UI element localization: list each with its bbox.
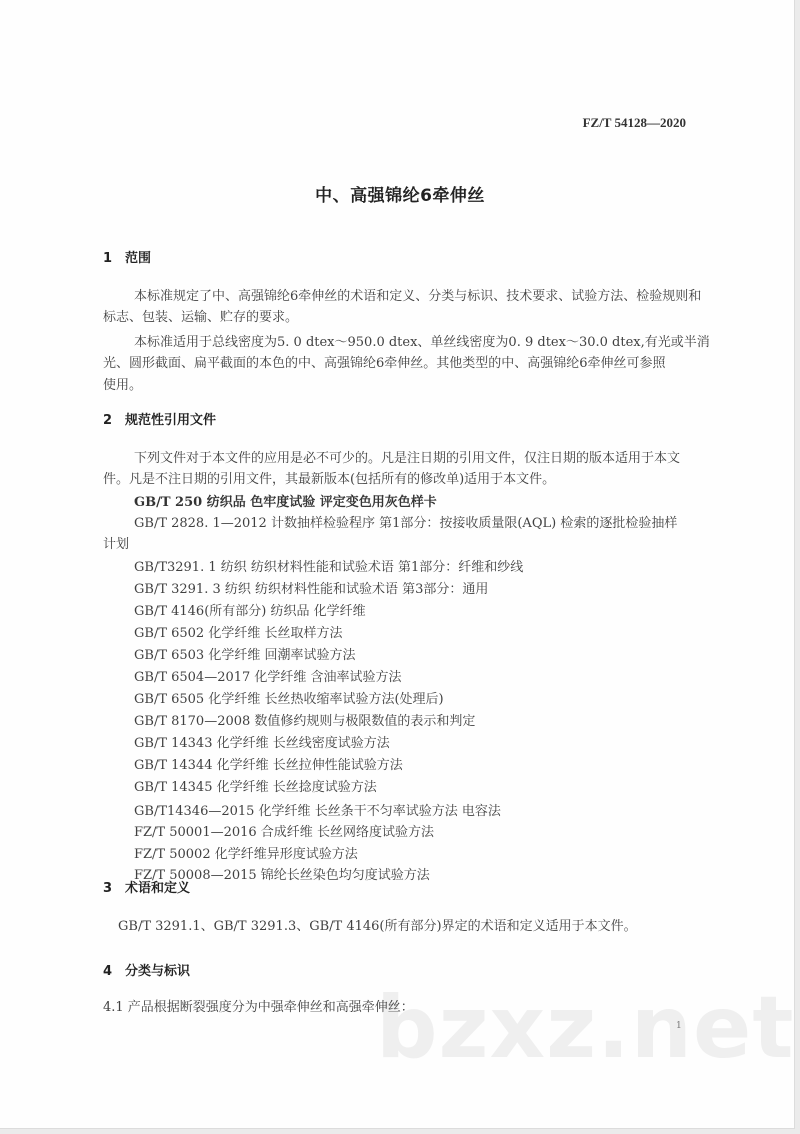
document-page: bzxz.net FZ/T 54128—2020 中、高强锦纶6牵伸丝 1范围 …: [0, 0, 795, 1129]
section-heading-normative-references: 2规范性引用文件: [103, 409, 216, 428]
document-title: 中、高强锦纶6牵伸丝: [0, 181, 800, 206]
paragraph-line: 标志、包装、运输、贮存的要求。: [103, 309, 298, 327]
reference-item: GB/T 6503 化学纤维 回潮率试验方法: [134, 647, 355, 665]
paragraph-line: 使用。: [103, 377, 142, 395]
reference-item: GB/T 250 纺织品 色牢度试验 评定变色用灰色样卡: [134, 494, 437, 512]
reference-item: GB/T 14345 化学纤维 长丝捻度试验方法: [134, 779, 377, 797]
page-number: 1: [676, 1021, 682, 1031]
paragraph-line: GB/T 3291.1、GB/T 3291.3、GB/T 4146(所有部分)界…: [118, 918, 637, 936]
section-number: 3: [103, 881, 125, 896]
reference-item: 计划: [103, 536, 129, 554]
reference-item: GB/T3291. 1 纺织 纺织材料性能和试验术语 第1部分：纤维和纱线: [134, 559, 523, 577]
reference-item: GB/T 8170—2008 数值修约规则与极限数值的表示和判定: [134, 713, 475, 731]
section-heading-terms-definitions: 3术语和定义: [103, 877, 190, 896]
section-number: 4: [103, 964, 125, 979]
paragraph-line: 光、圆形截面、扁平截面的本色的中、高强锦纶6牵伸丝。其他类型的中、高强锦纶6牵伸…: [103, 355, 666, 373]
reference-item: GB/T 3291. 3 纺织 纺织材料性能和试验术语 第3部分：通用: [134, 581, 488, 599]
reference-item: GB/T 4146(所有部分) 纺织品 化学纤维: [134, 603, 366, 621]
section-title: 规范性引用文件: [125, 413, 216, 428]
reference-item: GB/T 6502 化学纤维 长丝取样方法: [134, 625, 342, 643]
reference-item: FZ/T 50001—2016 合成纤维 长丝网络度试验方法: [134, 824, 434, 842]
section-title: 范围: [125, 251, 151, 266]
watermark: bzxz.net: [376, 985, 794, 1071]
reference-item: GB/T 14344 化学纤维 长丝拉伸性能试验方法: [134, 757, 403, 775]
section-title: 分类与标识: [125, 964, 190, 979]
reference-item: GB/T14346—2015 化学纤维 长丝条干不匀率试验方法 电容法: [134, 803, 501, 821]
paragraph-line: 件。凡是不注日期的引用文件，其最新版本(包括所有的修改单)适用于本文件。: [103, 471, 555, 489]
standard-code: FZ/T 54128—2020: [583, 115, 686, 131]
section-heading-classification: 4分类与标识: [103, 960, 190, 979]
section-number: 1: [103, 251, 125, 266]
paragraph-line: 本标准适用于总线密度为5. 0 dtex～950.0 dtex、单丝线密度为0.…: [134, 334, 710, 352]
paragraph-line: 本标准规定了中、高强锦纶6牵伸丝的术语和定义、分类与标识、技术要求、试验方法、检…: [134, 288, 701, 306]
paragraph-line: 4.1 产品根据断裂强度分为中强牵伸丝和高强牵伸丝：: [103, 999, 414, 1017]
paragraph-line: 下列文件对于本文件的应用是必不可少的。凡是注日期的引用文件，仅注日期的版本适用于…: [134, 450, 680, 468]
reference-item: GB/T 6505 化学纤维 长丝热收缩率试验方法(处理后): [134, 691, 444, 709]
reference-item: GB/T 2828. 1—2012 计数抽样检验程序 第1部分：按接收质量限(A…: [134, 515, 677, 533]
section-title: 术语和定义: [125, 881, 190, 896]
reference-item: FZ/T 50002 化学纤维异形度试验方法: [134, 846, 358, 864]
reference-item: GB/T 6504—2017 化学纤维 含油率试验方法: [134, 669, 402, 687]
section-heading-scope: 1范围: [103, 247, 151, 266]
section-number: 2: [103, 413, 125, 428]
reference-item: GB/T 14343 化学纤维 长丝线密度试验方法: [134, 735, 390, 753]
